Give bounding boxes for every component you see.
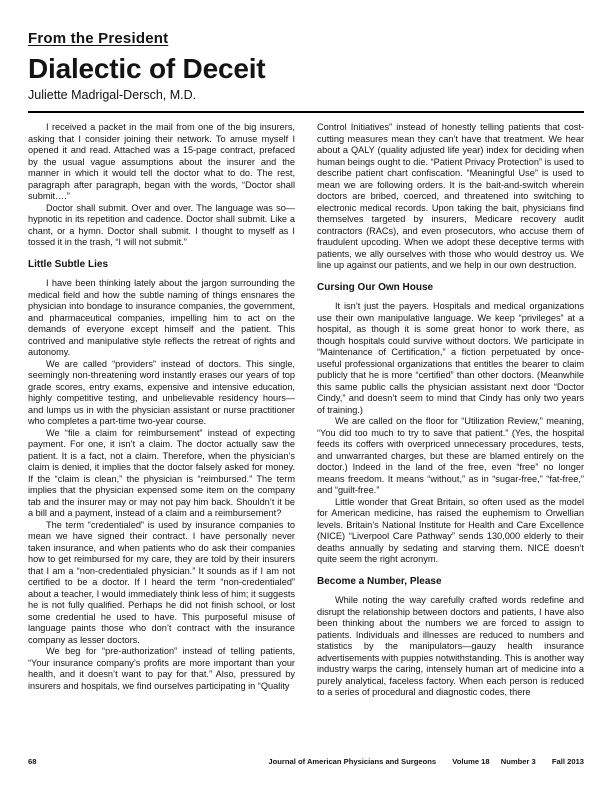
journal-page: From the President Dialectic of Deceit J… (0, 0, 612, 792)
journal-title: Journal of American Physicians and Surge… (268, 757, 436, 766)
page-number: 68 (28, 757, 36, 766)
journal-number: Number 3 (501, 757, 536, 766)
paragraph-continuation: Control Initiatives” instead of honestly… (317, 122, 584, 272)
paragraph: We beg for “pre-authorization” instead o… (28, 646, 295, 692)
left-column: I received a packet in the mail from one… (28, 122, 295, 736)
paragraph: We “file a claim for reimbursement” inst… (28, 428, 295, 520)
page-header: From the President Dialectic of Deceit J… (28, 30, 584, 113)
page-footer: 68 Journal of American Physicians and Su… (28, 757, 584, 766)
article-title: Dialectic of Deceit (28, 54, 584, 83)
journal-info: Journal of American Physicians and Surge… (268, 757, 584, 766)
section-heading: Little Subtle Lies (28, 259, 295, 271)
paragraph: We are called on the floor for “Utilizat… (317, 416, 584, 497)
paragraph: I received a packet in the mail from one… (28, 122, 295, 203)
journal-volume: Volume 18 (452, 757, 489, 766)
paragraph: Doctor shall submit. Over and over. The … (28, 203, 295, 249)
journal-issue: Fall 2013 (552, 757, 584, 766)
section-heading: Cursing Our Own House (317, 282, 584, 294)
paragraph: The term “credentialed” is used by insur… (28, 520, 295, 647)
paragraph: We are called “providers” instead of doc… (28, 359, 295, 428)
paragraph: Little wonder that Great Britain, so oft… (317, 497, 584, 566)
right-column: Control Initiatives” instead of honestly… (317, 122, 584, 736)
section-heading: Become a Number, Please (317, 576, 584, 588)
article-body: I received a packet in the mail from one… (28, 122, 584, 736)
author-byline: Juliette Madrigal-Dersch, M.D. (28, 88, 584, 102)
paragraph: I have been thinking lately about the ja… (28, 278, 295, 359)
paragraph: While noting the way carefully crafted w… (317, 595, 584, 699)
section-kicker: From the President (28, 30, 584, 47)
paragraph: It isn’t just the payers. Hospitals and … (317, 301, 584, 416)
divider-rule (28, 111, 584, 113)
